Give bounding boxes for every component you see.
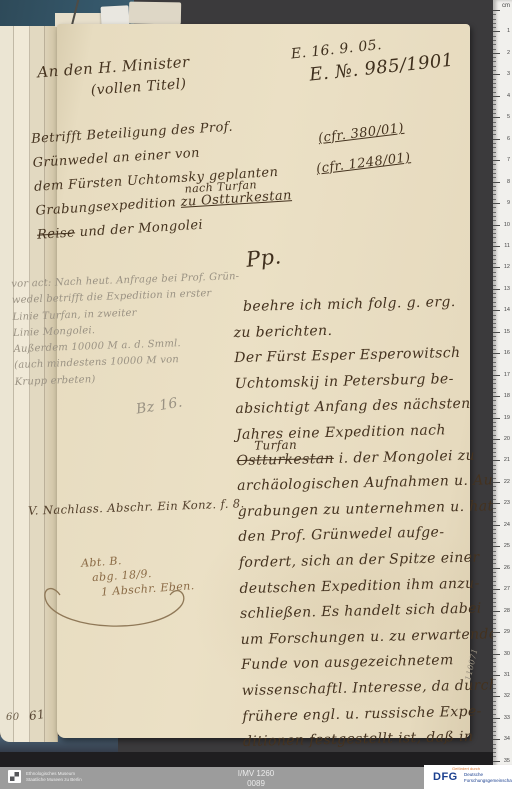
ruler-minor-tick — [493, 465, 496, 466]
ruler-minor-tick — [493, 220, 496, 221]
ruler-minor-tick — [493, 508, 496, 509]
ruler-minor-tick — [493, 44, 496, 45]
ruler-minor-tick — [493, 623, 496, 624]
ruler-minor-tick — [493, 430, 496, 431]
ruler-minor-tick — [493, 199, 496, 200]
ruler-number: 26 — [504, 565, 510, 571]
ruler-minor-tick — [493, 645, 496, 646]
ruler-minor-tick — [493, 692, 496, 693]
ruler-major-tick — [493, 182, 500, 183]
ruler-minor-tick — [493, 705, 496, 706]
ruler-major-tick — [493, 96, 500, 97]
ruler-minor-tick — [493, 349, 496, 350]
ruler-number: 32 — [504, 693, 510, 699]
ruler-minor-tick — [493, 383, 496, 384]
ruler-minor-tick — [493, 641, 496, 642]
subject-text: Grabungsexpedition — [35, 195, 181, 219]
ruler-minor-tick — [493, 615, 496, 616]
ruler-number: 11 — [504, 243, 510, 249]
ruler-minor-tick — [493, 233, 496, 234]
ruler-minor-tick — [493, 79, 496, 80]
ruler-minor-tick — [493, 499, 496, 500]
ruler-minor-tick — [493, 405, 496, 406]
ruler-number: 29 — [504, 629, 510, 635]
ruler-minor-tick — [493, 250, 496, 251]
ruler-minor-tick — [493, 126, 496, 127]
ruler-major-tick — [493, 696, 500, 697]
ruler-minor-tick — [493, 533, 496, 534]
ruler-major-tick — [493, 482, 500, 483]
ruler-minor-tick — [493, 134, 496, 135]
ruler-minor-tick — [493, 722, 496, 723]
ruler-minor-tick — [493, 662, 496, 663]
ruler-minor-tick — [493, 336, 496, 337]
ruler-minor-tick — [493, 323, 496, 324]
ruler-minor-tick — [493, 70, 496, 71]
ruler-major-tick — [493, 375, 500, 376]
ruler-number: 7 — [507, 157, 510, 163]
ruler-minor-tick — [493, 49, 496, 50]
dfg-logo: Gefördert durch DFG Deutsche Forschungsg… — [424, 765, 512, 789]
ruler-minor-tick — [493, 345, 496, 346]
ruler-major-tick — [493, 353, 500, 354]
ruler-minor-tick — [493, 636, 496, 637]
ruler-minor-tick — [493, 538, 496, 539]
ruler-minor-tick — [493, 756, 496, 757]
subject-block: Betrifft Beteiligung des Prof. Grünwedel… — [31, 112, 294, 247]
ruler-major-tick — [493, 203, 500, 204]
struck-text: Reise — [37, 225, 76, 242]
ruler-major-tick — [493, 589, 500, 590]
ruler-number: 4 — [507, 93, 510, 99]
ruler-minor-tick — [493, 563, 496, 564]
ruler-major-tick — [493, 761, 500, 762]
ruler-minor-tick — [493, 297, 496, 298]
ruler-minor-tick — [493, 701, 496, 702]
ruler-major-tick — [493, 460, 500, 461]
ruler-minor-tick — [493, 542, 496, 543]
ruler-major-tick — [493, 718, 500, 719]
ruler-major-tick — [493, 675, 500, 676]
ruler-major-tick — [493, 654, 500, 655]
ruler-minor-tick — [493, 194, 496, 195]
ruler-major-tick — [493, 117, 500, 118]
ruler-number: 33 — [504, 715, 510, 721]
ruler-minor-tick — [493, 19, 496, 20]
subject-text: und der Mongolei — [75, 218, 204, 241]
ruler-minor-tick — [493, 731, 496, 732]
ruler-minor-tick — [493, 113, 496, 114]
ruler-minor-tick — [493, 469, 496, 470]
pencil-margin-note: vor act: Nach heut. Anfrage bei Prof. Gr… — [11, 269, 243, 391]
ruler-minor-tick — [493, 177, 496, 178]
ruler-minor-tick — [493, 744, 496, 745]
ruler-minor-tick — [493, 293, 496, 294]
scanned-manuscript-viewer: E. 16. 9. 05. E. №. 985/1901 An den H. M… — [0, 0, 512, 789]
ruler: cm 1234567891011121314151617181920212223… — [493, 0, 512, 767]
ruler-minor-tick — [493, 593, 496, 594]
ruler-minor-tick — [493, 306, 496, 307]
ruler-minor-tick — [493, 152, 496, 153]
ruler-minor-tick — [493, 684, 496, 685]
ruler-minor-tick — [493, 173, 496, 174]
inserted-correction: nach Turfan — [184, 173, 258, 201]
ruler-number: 9 — [507, 200, 510, 206]
ruler-minor-tick — [493, 435, 496, 436]
ruler-number: 10 — [504, 222, 510, 228]
ruler-minor-tick — [493, 726, 496, 727]
ruler-minor-tick — [493, 92, 496, 93]
ruler-minor-tick — [493, 490, 496, 491]
ruler-minor-tick — [493, 61, 496, 62]
ruler-minor-tick — [493, 598, 496, 599]
ruler-minor-tick — [493, 422, 496, 423]
ruler-minor-tick — [493, 156, 496, 157]
footer-bar: Ethnologisches Museum Staatliche Museen … — [0, 767, 512, 789]
ruler-minor-tick — [493, 276, 496, 277]
ruler-major-tick — [493, 160, 500, 161]
ruler-minor-tick — [493, 122, 496, 123]
ruler-minor-tick — [493, 327, 496, 328]
ruler-number: 28 — [504, 608, 510, 614]
inserted-correction: Turfan — [254, 432, 297, 459]
ruler-minor-tick — [493, 319, 496, 320]
ruler-major-tick — [493, 546, 500, 547]
ruler-number: 5 — [507, 114, 510, 120]
ruler-minor-tick — [493, 602, 496, 603]
ruler-number: 2 — [507, 50, 510, 56]
ruler-minor-tick — [493, 443, 496, 444]
ruler-minor-tick — [493, 688, 496, 689]
ruler-number: 30 — [504, 651, 510, 657]
body-line: ditionen festgestellt ist, daß in — [243, 724, 512, 756]
ruler-major-tick — [493, 74, 500, 75]
ruler-number: 16 — [504, 350, 510, 356]
ruler-minor-tick — [493, 242, 496, 243]
ruler-major-tick — [493, 568, 500, 569]
ruler-major-tick — [493, 31, 500, 32]
ruler-major-tick — [493, 246, 500, 247]
ruler-unit-label: cm — [502, 3, 510, 9]
salutation-mark: Pp. — [245, 244, 283, 272]
page-holder-icon — [129, 2, 181, 25]
ruler-minor-tick — [493, 606, 496, 607]
ruler-minor-tick — [493, 555, 496, 556]
ruler-minor-tick — [493, 255, 496, 256]
ruler-minor-tick — [493, 186, 496, 187]
ruler-major-tick — [493, 289, 500, 290]
ruler-minor-tick — [493, 362, 496, 363]
ruler-minor-tick — [493, 259, 496, 260]
ruler-minor-tick — [493, 714, 496, 715]
ruler-major-tick — [493, 310, 500, 311]
ruler-major-tick — [493, 439, 500, 440]
ruler-minor-tick — [493, 512, 496, 513]
ruler-minor-tick — [493, 229, 496, 230]
ruler-major-tick — [493, 10, 500, 11]
ruler-minor-tick — [493, 36, 496, 37]
ruler-number: 21 — [504, 457, 510, 463]
ruler-minor-tick — [493, 14, 496, 15]
ruler-number: 17 — [504, 372, 510, 378]
ruler-minor-tick — [493, 130, 496, 131]
ruler-minor-tick — [493, 735, 496, 736]
ruler-number: 24 — [504, 522, 510, 528]
ruler-minor-tick — [493, 87, 496, 88]
ruler-minor-tick — [493, 572, 496, 573]
ruler-minor-tick — [493, 413, 496, 414]
ruler-minor-tick — [493, 473, 496, 474]
ruler-minor-tick — [493, 366, 496, 367]
ruler-minor-tick — [493, 709, 496, 710]
dfg-abbr: DFG — [433, 771, 458, 783]
ruler-minor-tick — [493, 212, 496, 213]
ruler-minor-tick — [493, 237, 496, 238]
ruler-major-tick — [493, 225, 500, 226]
ruler-number: 14 — [504, 307, 510, 313]
ruler-number: 35 — [504, 758, 510, 764]
ruler-number: 27 — [504, 586, 510, 592]
ruler-minor-tick — [493, 66, 496, 67]
ruler-minor-tick — [493, 585, 496, 586]
ruler-minor-tick — [493, 57, 496, 58]
ruler-major-tick — [493, 611, 500, 612]
ruler-minor-tick — [493, 370, 496, 371]
ruler-minor-tick — [493, 576, 496, 577]
ruler-minor-tick — [493, 581, 496, 582]
ruler-major-tick — [493, 503, 500, 504]
ruler-minor-tick — [493, 448, 496, 449]
ruler-minor-tick — [493, 143, 496, 144]
ruler-minor-tick — [493, 315, 496, 316]
ruler-minor-tick — [493, 302, 496, 303]
ruler-minor-tick — [493, 40, 496, 41]
ruler-major-tick — [493, 632, 500, 633]
ruler-minor-tick — [493, 456, 496, 457]
ruler-minor-tick — [493, 495, 496, 496]
ruler-minor-tick — [493, 169, 496, 170]
ruler-minor-tick — [493, 357, 496, 358]
ruler-minor-tick — [493, 486, 496, 487]
ruler-minor-tick — [493, 263, 496, 264]
ruler-minor-tick — [493, 285, 496, 286]
ruler-major-tick — [493, 53, 500, 54]
ruler-minor-tick — [493, 679, 496, 680]
ruler-minor-tick — [493, 83, 496, 84]
ruler-number: 19 — [504, 415, 510, 421]
ruler-major-tick — [493, 418, 500, 419]
dfg-name: Deutsche Forschungsgemeinschaft — [464, 772, 512, 783]
ruler-minor-tick — [493, 478, 496, 479]
ruler-major-tick — [493, 739, 500, 740]
ruler-minor-tick — [493, 426, 496, 427]
ruler-minor-tick — [493, 280, 496, 281]
ruler-minor-tick — [493, 516, 496, 517]
ruler-number: 31 — [504, 672, 510, 678]
ruler-minor-tick — [493, 671, 496, 672]
ruler-minor-tick — [493, 379, 496, 380]
ruler-major-tick — [493, 525, 500, 526]
ruler-minor-tick — [493, 109, 496, 110]
ruler-minor-tick — [493, 521, 496, 522]
ruler-minor-tick — [493, 104, 496, 105]
ruler-minor-tick — [493, 400, 496, 401]
ruler-major-tick — [493, 139, 500, 140]
ruler-major-tick — [493, 267, 500, 268]
ruler-number: 20 — [504, 436, 510, 442]
ruler-number: 8 — [507, 179, 510, 185]
signature-flourish — [38, 583, 208, 638]
ruler-minor-tick — [493, 666, 496, 667]
ruler-minor-tick — [493, 752, 496, 753]
page-edge-strip — [0, 26, 14, 742]
ruler-minor-tick — [493, 388, 496, 389]
ruler-minor-tick — [493, 619, 496, 620]
ruler-number: 25 — [504, 543, 510, 549]
page-number-current: 61 — [28, 707, 46, 723]
ruler-minor-tick — [493, 551, 496, 552]
ruler-minor-tick — [493, 100, 496, 101]
ruler-minor-tick — [493, 27, 496, 28]
ruler-minor-tick — [493, 628, 496, 629]
ruler-minor-tick — [493, 658, 496, 659]
ruler-major-tick — [493, 332, 500, 333]
ruler-number: 12 — [504, 264, 510, 270]
dfg-name-line: Forschungsgemeinschaft — [464, 778, 512, 784]
ruler-minor-tick — [493, 164, 496, 165]
ruler-number: 23 — [504, 500, 510, 506]
ruler-major-tick — [493, 396, 500, 397]
ruler-number: 6 — [507, 136, 510, 142]
ruler-number: 18 — [504, 393, 510, 399]
ruler-minor-tick — [493, 340, 496, 341]
ruler-minor-tick — [493, 190, 496, 191]
ruler-minor-tick — [493, 529, 496, 530]
ruler-minor-tick — [493, 559, 496, 560]
page-number-previous: 60 — [6, 712, 20, 723]
ruler-minor-tick — [493, 147, 496, 148]
ruler-number: 15 — [504, 329, 510, 335]
ruler-number: 13 — [504, 286, 510, 292]
ruler-number: 3 — [507, 71, 510, 77]
body-text: i. der Mongolei zu — [334, 447, 475, 466]
ruler-number: 22 — [504, 479, 510, 485]
ruler-minor-tick — [493, 216, 496, 217]
ruler-minor-tick — [493, 392, 496, 393]
ruler-minor-tick — [493, 272, 496, 273]
ruler-minor-tick — [493, 23, 496, 24]
ruler-number: 34 — [504, 736, 510, 742]
ruler-minor-tick — [493, 649, 496, 650]
letter-body: beehre ich mich folg. g. erg. zu bericht… — [233, 289, 512, 756]
ruler-minor-tick — [493, 409, 496, 410]
ruler-number: 1 — [507, 28, 510, 34]
ruler-minor-tick — [493, 452, 496, 453]
ruler-minor-tick — [493, 748, 496, 749]
ruler-minor-tick — [493, 207, 496, 208]
